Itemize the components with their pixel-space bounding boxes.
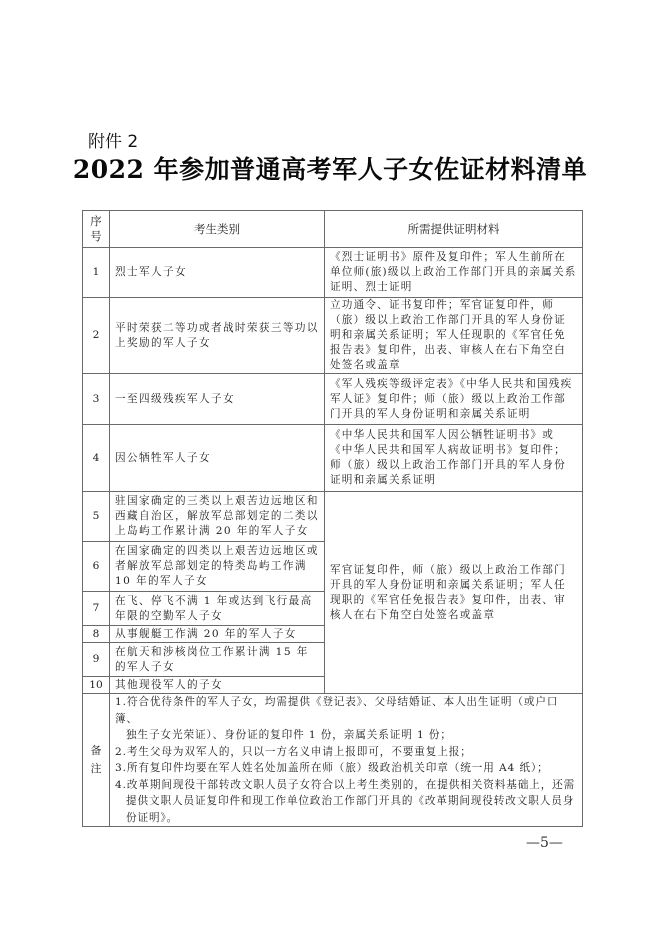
row-no: 3 [83,374,110,425]
notes-label: 备注 [83,694,110,827]
note-item: 1.符合优待条件的军人子女，均需提供《登记表》、父母结婚证、本人出生证明（或户口… [115,694,577,744]
note-item: 2.考生父母为双军人的，只以一方名义申请上报即可，不要重复上报； [115,744,577,761]
row-category: 因公牺牲军人子女 [110,425,325,492]
shared-materials: 军官证复印件，师（旅）级以上政治工作部门开具的军人身份证明和亲属关系证明；军人任… [325,492,583,694]
row-no: 8 [83,626,110,643]
row-no: 10 [83,677,110,694]
row-no: 5 [83,492,110,542]
header-no: 序号 [83,211,110,248]
table-header-row: 序号 考生类别 所需提供证明材料 [83,211,583,248]
table-row: 2 平时荣获二等功或者战时荣获三等功以上奖励的军人子女 立功通令、证书复印件；军… [83,298,583,374]
table-row: 5 驻国家确定的三类以上艰苦边远地区和西藏自治区，解放军总部划定的二类以上岛屿工… [83,492,583,542]
row-no: 1 [83,248,110,298]
attachment-label: 附件 2 [88,127,138,152]
note-item: 3.所有复印件均要在军人姓名处加盖所在师（旅）级政治机关印章（统一用 A4 纸）… [115,760,577,777]
row-no: 6 [83,542,110,592]
row-category: 在国家确定的四类以上艰苦边远地区或者解放军总部划定的特类岛屿工作满 10 年的军… [110,542,325,592]
row-no: 9 [83,643,110,677]
notes-content: 1.符合优待条件的军人子女，均需提供《登记表》、父母结婚证、本人出生证明（或户口… [110,694,583,827]
note-item: 4.改革期间现役干部转改文职人员子女符合以上考生类别的，在提供相关资料基础上，还… [115,777,577,827]
header-materials: 所需提供证明材料 [325,211,583,248]
materials-table: 序号 考生类别 所需提供证明材料 1 烈士军人子女 《烈士证明书》原件及复印件；… [82,210,583,827]
row-category: 在飞、停飞不满 1 年或达到飞行最高年限的空勤军人子女 [110,592,325,626]
header-category: 考生类别 [110,211,325,248]
table-row: 4 因公牺牲军人子女 《中华人民共和国军人因公牺牲证明书》或《中华人民共和国军人… [83,425,583,492]
table-row: 3 一至四级残疾军人子女 《军人残疾等级评定表》《中华人民共和国残疾军人证》复印… [83,374,583,425]
row-no: 2 [83,298,110,374]
row-materials: 立功通令、证书复印件；军官证复印件，师（旅）级以上政治工作部门开具的军人身份证明… [325,298,583,374]
row-category: 烈士军人子女 [110,248,325,298]
row-category: 一至四级残疾军人子女 [110,374,325,425]
page-number: —5— [526,835,563,851]
row-category: 从事舰艇工作满 20 年的军人子女 [110,626,325,643]
row-category: 平时荣获二等功或者战时荣获三等功以上奖励的军人子女 [110,298,325,374]
document-title: 2022 年参加普通高考军人子女佐证材料清单 [0,150,660,186]
row-no: 7 [83,592,110,626]
row-category: 其他现役军人的子女 [110,677,325,694]
table-row: 1 烈士军人子女 《烈士证明书》原件及复印件；军人生前所在单位师(旅)级以上政治… [83,248,583,298]
row-category: 在航天和涉核岗位工作累计满 15 年的军人子女 [110,643,325,677]
row-no: 4 [83,425,110,492]
row-materials: 《军人残疾等级评定表》《中华人民共和国残疾军人证》复印件；师（旅）级以上政治工作… [325,374,583,425]
row-materials: 《烈士证明书》原件及复印件；军人生前所在单位师(旅)级以上政治工作部门开具的亲属… [325,248,583,298]
row-materials: 《中华人民共和国军人因公牺牲证明书》或《中华人民共和国军人病故证明书》复印件；师… [325,425,583,492]
row-category: 驻国家确定的三类以上艰苦边远地区和西藏自治区，解放军总部划定的二类以上岛屿工作累… [110,492,325,542]
notes-row: 备注 1.符合优待条件的军人子女，均需提供《登记表》、父母结婚证、本人出生证明（… [83,694,583,827]
